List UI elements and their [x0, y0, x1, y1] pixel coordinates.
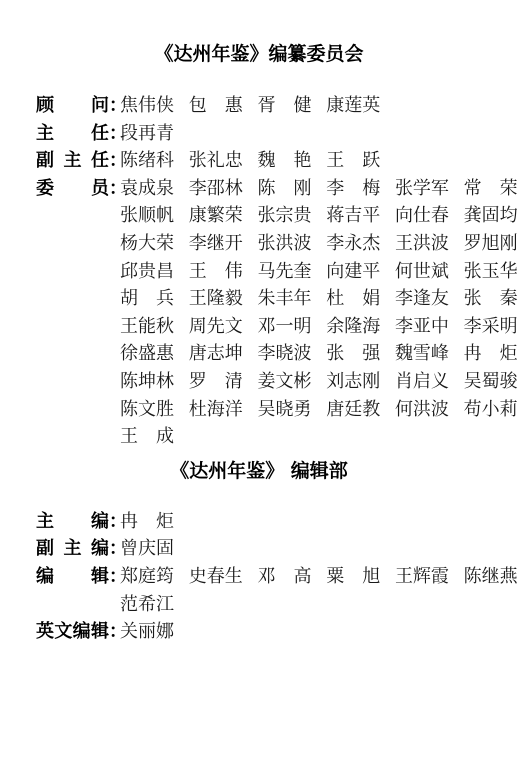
editorial-block: 主 编 ： 冉 炬 副 主 编 ： 曾庆固 编 辑 ： 郑庭筠 史春生 邓 高 …: [0, 508, 518, 646]
committee-block: 顾 问 ： 焦伟侠 包 惠 胥 健 康莲英 主 任 ： 段再青 副 主 任 ： …: [0, 92, 518, 451]
person-name: 魏 艳: [257, 147, 311, 175]
person-name: 刘志刚: [326, 368, 380, 396]
person-name: 王隆毅: [189, 285, 243, 313]
person-name: 杜 娟: [326, 285, 380, 313]
person-name: 罗旭刚: [464, 230, 518, 258]
members-row-2: 张顺帆 康繁荣 张宗贵 蒋吉平 向仕春 龚固均: [0, 202, 518, 230]
person-name: 粟 旭: [326, 563, 380, 591]
person-name: 王 跃: [326, 147, 380, 175]
members-row-4: 邱贵昌 王 伟 马先奎 向建平 何世斌 张玉华: [0, 258, 518, 286]
role-label-english-editor: 英文编辑: [36, 618, 109, 646]
person-name: 唐志坤: [189, 340, 243, 368]
person-name: 李亚中: [395, 313, 449, 341]
editorial-title: 《达州年鉴》 编辑部: [0, 459, 518, 483]
person-name: 张玉华: [464, 258, 518, 286]
person-name: 张洪波: [257, 230, 311, 258]
person-name: 杨大荣: [120, 230, 174, 258]
chief-editor-row: 主 编 ： 冉 炬: [0, 508, 518, 536]
members-row-3: 杨大荣 李继开 张洪波 李永杰 王洪波 罗旭刚: [0, 230, 518, 258]
members-row-8: 陈坤林 罗 清 姜文彬 刘志刚 肖启义 吴蜀骏: [0, 368, 518, 396]
person-name: 何洪波: [395, 396, 449, 424]
person-name: 陈继燕: [464, 563, 518, 591]
person-name: 陈绪科: [120, 147, 174, 175]
person-name: 张顺帆: [120, 202, 174, 230]
role-label-advisors: 顾 问: [36, 92, 109, 120]
colon: ：: [109, 147, 120, 175]
role-label-deputy-chief-editor: 副 主 编: [36, 535, 109, 563]
person-name: 郑庭筠: [120, 563, 174, 591]
members-row-5: 胡 兵 王隆毅 朱丰年 杜 娟 李逢友 张 秦: [0, 285, 518, 313]
person-name: 史春生: [189, 563, 243, 591]
person-name: 向仕春: [395, 202, 449, 230]
person-name: 张 强: [326, 340, 380, 368]
person-name: 康繁荣: [189, 202, 243, 230]
person-name: 马先奎: [257, 258, 311, 286]
role-label-members: 委 员: [36, 175, 109, 203]
person-name: 常 荣: [464, 175, 518, 203]
role-label-director: 主 任: [36, 120, 109, 148]
person-name: 焦伟侠: [120, 92, 174, 120]
person-name: 肖启义: [395, 368, 449, 396]
person-name: 包 惠: [189, 92, 243, 120]
role-label-editors: 编 辑: [36, 563, 109, 591]
person-name: 曾庆固: [120, 535, 174, 563]
advisors-row: 顾 问 ： 焦伟侠 包 惠 胥 健 康莲英: [0, 92, 518, 120]
person-name: 李逢友: [395, 285, 449, 313]
person-name: 李永杰: [326, 230, 380, 258]
editors-row-1: 编 辑 ： 郑庭筠 史春生 邓 高 粟 旭 王辉霞 陈继燕: [0, 563, 518, 591]
person-name: 冉 炬: [120, 508, 174, 536]
person-name: 康莲英: [326, 92, 380, 120]
director-row: 主 任 ： 段再青: [0, 120, 518, 148]
person-name: 吴晓勇: [257, 396, 311, 424]
person-name: 段再青: [120, 120, 174, 148]
colon: ：: [109, 175, 120, 203]
person-name: 关丽娜: [120, 618, 174, 646]
person-name: 徐盛惠: [120, 340, 174, 368]
person-name: 何世斌: [395, 258, 449, 286]
director-names: 段再青: [120, 120, 518, 148]
person-name: 蒋吉平: [326, 202, 380, 230]
person-name: 李继开: [189, 230, 243, 258]
person-name: 魏雪峰: [395, 340, 449, 368]
person-name: 胡 兵: [120, 285, 174, 313]
person-name: 邱贵昌: [120, 258, 174, 286]
person-name: 姜文彬: [257, 368, 311, 396]
person-name: 王辉霞: [395, 563, 449, 591]
person-name: 陈 刚: [257, 175, 311, 203]
person-name: 苟小莉: [464, 396, 518, 424]
person-name: 向建平: [326, 258, 380, 286]
person-name: 范希江: [120, 591, 174, 619]
person-name: 李邵林: [189, 175, 243, 203]
colon: ：: [109, 508, 120, 536]
colon: ：: [109, 563, 120, 591]
person-name: 李采明: [464, 313, 518, 341]
role-label-chief-editor: 主 编: [36, 508, 109, 536]
person-name: 李 梅: [326, 175, 380, 203]
colon: ：: [109, 618, 120, 646]
person-name: 张 秦: [464, 285, 518, 313]
person-name: 余隆海: [326, 313, 380, 341]
person-name: 唐廷教: [326, 396, 380, 424]
person-name: 陈文胜: [120, 396, 174, 424]
person-name: 冉 炬: [464, 340, 518, 368]
deputy-directors-names: 陈绪科 张礼忠 魏 艳 王 跃: [120, 147, 518, 175]
colon: ：: [109, 535, 120, 563]
members-names: 袁成泉 李邵林 陈 刚 李 梅 张学军 常 荣: [120, 175, 518, 203]
person-name: 陈坤林: [120, 368, 174, 396]
person-name: 罗 清: [189, 368, 243, 396]
committee-title: 《达州年鉴》编纂委员会: [0, 42, 518, 66]
person-name: 王 伟: [189, 258, 243, 286]
members-row-1: 委 员 ： 袁成泉 李邵林 陈 刚 李 梅 张学军 常 荣: [0, 175, 518, 203]
yearbook-credits-page: 《达州年鉴》编纂委员会 顾 问 ： 焦伟侠 包 惠 胥 健 康莲英 主 任 ： …: [0, 0, 518, 772]
person-name: 李晓波: [257, 340, 311, 368]
person-name: 王能秋: [120, 313, 174, 341]
person-name: 周先文: [189, 313, 243, 341]
english-editor-row: 英文编辑 ： 关丽娜: [0, 618, 518, 646]
person-name: 邓 高: [257, 563, 311, 591]
colon: ：: [109, 92, 120, 120]
person-name: 张礼忠: [189, 147, 243, 175]
editors-row-2: 范希江: [0, 591, 518, 619]
person-name: 龚固均: [464, 202, 518, 230]
advisors-names: 焦伟侠 包 惠 胥 健 康莲英: [120, 92, 518, 120]
role-label-deputy-directors: 副 主 任: [36, 147, 109, 175]
members-row-7: 徐盛惠 唐志坤 李晓波 张 强 魏雪峰 冉 炬: [0, 340, 518, 368]
person-name: 邓一明: [257, 313, 311, 341]
members-row-10: 王 成: [0, 423, 518, 451]
deputy-directors-row: 副 主 任 ： 陈绪科 张礼忠 魏 艳 王 跃: [0, 147, 518, 175]
person-name: 吴蜀骏: [464, 368, 518, 396]
person-name: 杜海洋: [189, 396, 243, 424]
members-row-9: 陈文胜 杜海洋 吴晓勇 唐廷教 何洪波 苟小莉: [0, 396, 518, 424]
person-name: 张学军: [395, 175, 449, 203]
colon: ：: [109, 120, 120, 148]
person-name: 张宗贵: [257, 202, 311, 230]
members-row-6: 王能秋 周先文 邓一明 余隆海 李亚中 李采明: [0, 313, 518, 341]
deputy-chief-editor-row: 副 主 编 ： 曾庆固: [0, 535, 518, 563]
person-name: 王 成: [120, 423, 174, 451]
person-name: 胥 健: [257, 92, 311, 120]
person-name: 王洪波: [395, 230, 449, 258]
person-name: 朱丰年: [257, 285, 311, 313]
person-name: 袁成泉: [120, 175, 174, 203]
